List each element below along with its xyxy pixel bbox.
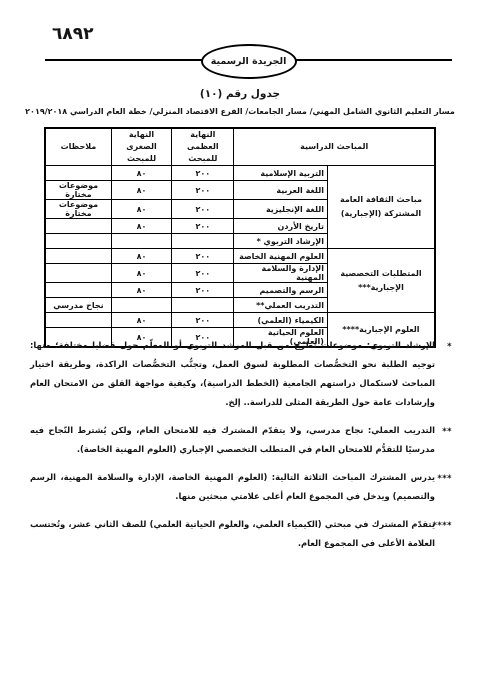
max-score-cell: ٢٠٠ bbox=[172, 181, 234, 200]
table-title: جدول رقم (١٠) bbox=[0, 88, 480, 100]
gazette-name-badge: الجريدة الرسمية bbox=[201, 44, 297, 79]
group-cell: المتطلبات التخصصية الإجبارية*** bbox=[327, 249, 435, 313]
note-cell: موضوعات مختارة bbox=[45, 181, 111, 200]
page-number: ٦٨٩٢ bbox=[52, 24, 94, 44]
footnote-marker: * bbox=[447, 337, 452, 356]
col-header-min-line1: النهاية الصغرى bbox=[115, 129, 168, 153]
subject-cell: الرسم والتصميم bbox=[234, 283, 327, 298]
subject-cell: الإرشاد التربوي * bbox=[234, 234, 327, 249]
gazette-name: الجريدة الرسمية bbox=[211, 56, 287, 67]
max-score-cell: ٢٠٠ bbox=[172, 264, 234, 283]
note-cell bbox=[45, 234, 111, 249]
max-score-cell: ٢٠٠ bbox=[172, 283, 234, 298]
min-score-cell: ٨٠ bbox=[111, 249, 171, 264]
min-score-cell bbox=[111, 298, 171, 313]
subject-cell: العلوم المهنية الخاصة bbox=[234, 249, 327, 264]
note-cell: موضوعات مختارة bbox=[45, 200, 111, 219]
table-subtitle: مسار التعليم الثانوي الشامل المهني/ مسار… bbox=[0, 107, 480, 116]
table-head: المباحث الدراسية النهاية العظمى للمبحث ا… bbox=[45, 128, 435, 166]
col-header-min-line2: للمبحث bbox=[115, 153, 168, 165]
table-row: المتطلبات التخصصية الإجبارية*** العلوم ا… bbox=[45, 249, 435, 264]
min-score-cell: ٨٠ bbox=[111, 200, 171, 219]
max-score-cell: ٢٠٠ bbox=[172, 313, 234, 328]
col-header-subjects: المباحث الدراسية bbox=[234, 128, 435, 166]
note-cell bbox=[45, 283, 111, 298]
footnote-guidance: * الإرشاد التربوي: موضوعات تُطرح من قبل … bbox=[30, 336, 452, 412]
min-score-cell: ٨٠ bbox=[111, 313, 171, 328]
max-score-cell bbox=[172, 298, 234, 313]
note-cell bbox=[45, 264, 111, 283]
footnotes-section: * الإرشاد التربوي: موضوعات تُطرح من قبل … bbox=[30, 336, 452, 562]
subject-cell: التدريب العملي** bbox=[234, 298, 327, 313]
note-cell: نجاح مدرسي bbox=[45, 298, 111, 313]
footnote-practical-training: ** التدريب العملي: نجاح مدرسي، ولا يتقدّ… bbox=[30, 421, 452, 459]
footnote-text: الإرشاد التربوي: موضوعات تُطرح من قبل ال… bbox=[30, 340, 435, 407]
footnote-text: يتقدّم المشترك في مبحثي (الكيمياء العلمي… bbox=[30, 519, 435, 548]
min-score-cell: ٨٠ bbox=[111, 166, 171, 181]
footnote-science-subjects: **** يتقدّم المشترك في مبحثي (الكيمياء ا… bbox=[30, 515, 452, 553]
footnote-text: التدريب العملي: نجاح مدرسي، ولا يتقدّم ا… bbox=[30, 425, 435, 454]
min-score-cell: ٨٠ bbox=[111, 219, 171, 234]
min-score-cell: ٨٠ bbox=[111, 181, 171, 200]
subject-cell: اللغة الإنجليزية bbox=[234, 200, 327, 219]
footnote-text: يدرس المشترك المباحث الثلاثة التالية: (ا… bbox=[30, 472, 435, 501]
subject-cell: اللغة العربية bbox=[234, 181, 327, 200]
min-score-cell: ٨٠ bbox=[111, 283, 171, 298]
col-header-max-line1: النهاية العظمى bbox=[175, 129, 230, 153]
table-row: مباحث الثقافة العامة المشتركة (الإجبارية… bbox=[45, 166, 435, 181]
note-cell bbox=[45, 249, 111, 264]
subject-cell: تاريخ الأردن bbox=[234, 219, 327, 234]
max-score-cell: ٢٠٠ bbox=[172, 200, 234, 219]
min-score-cell: ٨٠ bbox=[111, 264, 171, 283]
grades-table: المباحث الدراسية النهاية العظمى للمبحث ا… bbox=[44, 127, 436, 348]
col-header-max-score: النهاية العظمى للمبحث bbox=[172, 128, 234, 166]
col-header-max-line2: للمبحث bbox=[175, 153, 230, 165]
col-header-min-score: النهاية الصغرى للمبحث bbox=[111, 128, 171, 166]
note-cell bbox=[45, 313, 111, 328]
subject-cell: التربية الإسلامية bbox=[234, 166, 327, 181]
gazette-page: ٦٨٩٢ الجريدة الرسمية جدول رقم (١٠) مسار … bbox=[0, 0, 480, 679]
footnote-marker: **** bbox=[432, 516, 452, 535]
footnote-marker: *** bbox=[437, 469, 452, 488]
group-cell: مباحث الثقافة العامة المشتركة (الإجبارية… bbox=[327, 166, 435, 249]
max-score-cell: ٢٠٠ bbox=[172, 219, 234, 234]
max-score-cell: ٢٠٠ bbox=[172, 249, 234, 264]
footnote-marker: ** bbox=[442, 422, 452, 441]
note-cell bbox=[45, 219, 111, 234]
max-score-cell: ٢٠٠ bbox=[172, 166, 234, 181]
footnote-three-subjects: *** يدرس المشترك المباحث الثلاثة التالية… bbox=[30, 468, 452, 506]
table-body: مباحث الثقافة العامة المشتركة (الإجبارية… bbox=[45, 166, 435, 348]
note-cell bbox=[45, 166, 111, 181]
col-header-notes: ملاحظات bbox=[45, 128, 111, 166]
max-score-cell bbox=[172, 234, 234, 249]
min-score-cell bbox=[111, 234, 171, 249]
subject-cell: الكيمياء (العلمي) bbox=[234, 313, 327, 328]
table-head-row: المباحث الدراسية النهاية العظمى للمبحث ا… bbox=[45, 128, 435, 166]
table-row: العلوم الإجبارية**** الكيمياء (العلمي) ٢… bbox=[45, 313, 435, 328]
header-rule: الجريدة الرسمية bbox=[45, 44, 452, 77]
subject-cell: الإدارة والسلامة المهنية bbox=[234, 264, 327, 283]
